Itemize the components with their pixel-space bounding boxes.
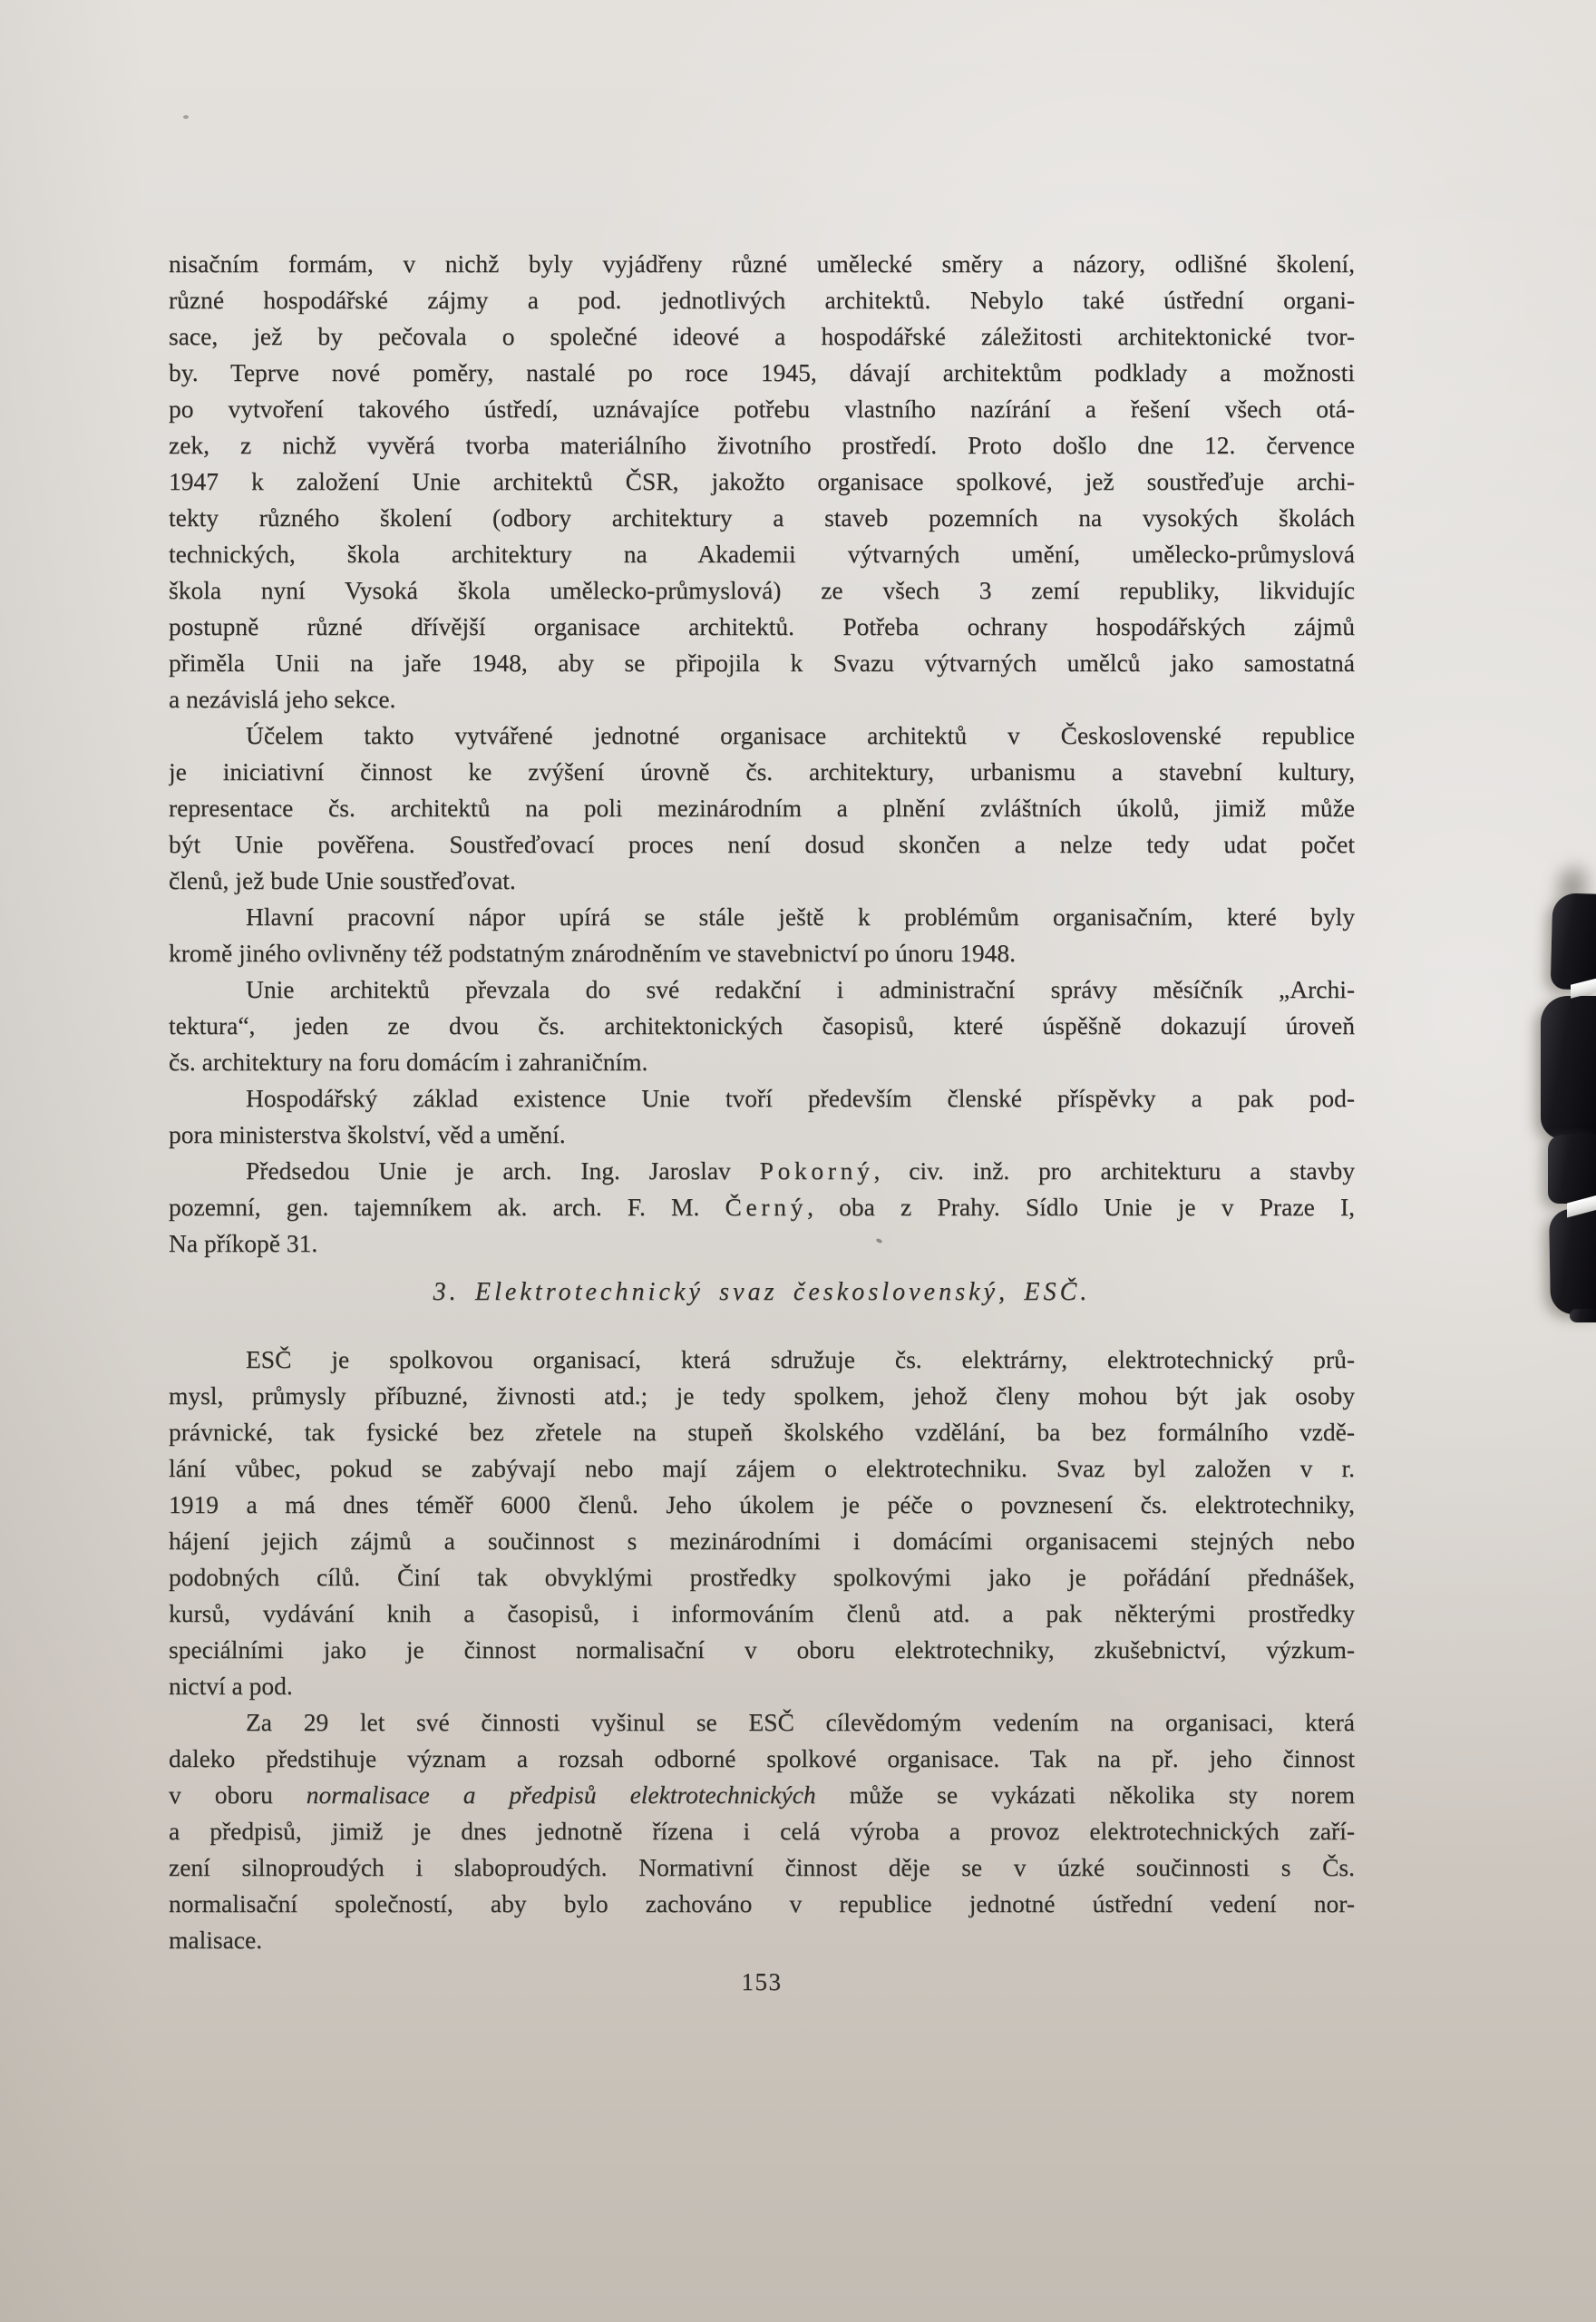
italic-phrase: normalisace a předpisů elektrotechnickýc… xyxy=(307,1781,816,1809)
text-line: po vytvoření takového ústředí, uznávajíc… xyxy=(169,391,1355,427)
text-line: přiměla Unii na jaře 1948, aby se připoj… xyxy=(169,645,1355,681)
text-run: pozemní, gen. tajemníkem ak. arch. F. M. xyxy=(169,1193,725,1221)
text-line: normalisační společností, aby bylo zacho… xyxy=(169,1886,1355,1922)
text-line: sace, jež by pečovala o společné ideové … xyxy=(169,318,1355,355)
text-line: malisace. xyxy=(169,1922,1355,1958)
text-run: , oba z Prahy. Sídlo Unie je v Praze I, xyxy=(807,1193,1355,1221)
text-line: čs. architektury na foru domácím i zahra… xyxy=(169,1044,1355,1080)
text-line: hájení jejich zájmů a součinnost s mezin… xyxy=(169,1523,1355,1559)
text-line: pora ministerstva školství, věd a umění. xyxy=(169,1117,1355,1153)
binding-coil-segment xyxy=(1541,996,1596,1139)
text-line: Unie architektů převzala do své redakční… xyxy=(169,971,1355,1008)
text-line: tektura“, jeden ze dvou čs. architektoni… xyxy=(169,1008,1355,1044)
text-line: Hlavní pracovní nápor upírá se stále ješ… xyxy=(169,899,1355,935)
binding-coil-segment xyxy=(1549,1209,1596,1315)
text-line: členů, jež bude Unie soustřeďovat. xyxy=(169,863,1355,899)
text-line: a předpisů, jimiž je dnes jednotně řízen… xyxy=(169,1813,1355,1849)
text-line: representace čs. architektů na poli mezi… xyxy=(169,790,1355,826)
text-line: škola nyní Vysoká škola umělecko-průmysl… xyxy=(169,572,1355,609)
text-run: může se vykázati několika sty norem xyxy=(816,1781,1355,1809)
text-line: Na příkopě 31. xyxy=(169,1225,1355,1262)
text-line: zek, z nichž vyvěrá tvorba materiálního … xyxy=(169,427,1355,463)
text-line: 1947 k založení Unie architektů ČSR, jak… xyxy=(169,463,1355,500)
page-number: 153 xyxy=(169,1968,1355,1996)
text-line: kromě jiného ovlivněny též podstatným zn… xyxy=(169,935,1355,971)
text-line: nictví a pod. xyxy=(169,1668,1355,1704)
text-line: tekty různého školení (odbory architektu… xyxy=(169,500,1355,536)
text-line: kursů, vydávání knih a časopisů, i infor… xyxy=(169,1595,1355,1632)
text-line: Hospodářský základ existence Unie tvoří … xyxy=(169,1080,1355,1117)
text-line: lání vůbec, pokud se zabývají nebo mají … xyxy=(169,1450,1355,1487)
text-line: zení silnoproudých i slaboproudých. Norm… xyxy=(169,1849,1355,1886)
text-run: v oboru xyxy=(169,1781,307,1809)
text-line: Předsedou Unie je arch. Ing. Jaroslav Po… xyxy=(169,1153,1355,1189)
book-page-photo: { "page": { "number": "153", "colors": {… xyxy=(0,0,1596,2322)
text-line: podobných cílů. Činí tak obvyklými prost… xyxy=(169,1559,1355,1595)
letterspaced-name: Černý xyxy=(725,1193,808,1221)
paper-speck xyxy=(183,115,189,119)
text-run: , civ. inž. pro architekturu a stavby xyxy=(874,1156,1355,1185)
text-line: nisačním formám, v nichž byly vyjádřeny … xyxy=(169,246,1355,282)
binding-coil-segment xyxy=(1570,1309,1596,1322)
text-line: různé hospodářské zájmy a pod. jednotliv… xyxy=(169,282,1355,318)
binding-coil-segment xyxy=(1548,1135,1596,1204)
text-line: Účelem takto vytvářené jednotné organisa… xyxy=(169,717,1355,754)
text-line: by. Teprve nové poměry, nastalé po roce … xyxy=(169,355,1355,391)
text-line: právnické, tak fysické bez zřetele na st… xyxy=(169,1414,1355,1450)
text-line: daleko předstihuje význam a rozsah odbor… xyxy=(169,1741,1355,1777)
letterspaced-name: Pokorný xyxy=(760,1156,874,1185)
text-line: speciálními jako je činnost normalisační… xyxy=(169,1632,1355,1668)
spiral-binding-clip xyxy=(1514,848,1596,1342)
text-line: ESČ je spolkovou organisací, která sdruž… xyxy=(169,1341,1355,1378)
binding-coil-segment xyxy=(1551,893,1596,990)
text-line: být Unie pověřena. Soustřeďovací proces … xyxy=(169,826,1355,863)
text-line: postupně různé dřívější organisace archi… xyxy=(169,609,1355,645)
text-line: pozemní, gen. tajemníkem ak. arch. F. M.… xyxy=(169,1189,1355,1225)
text-line: a nezávislá jeho sekce. xyxy=(169,681,1355,717)
text-line: v oboru normalisace a předpisů elektrote… xyxy=(169,1777,1355,1813)
text-line: 1919 a má dnes téměř 6000 členů. Jeho úk… xyxy=(169,1487,1355,1523)
text-line: je iniciativní činnost ke zvýšení úrovně… xyxy=(169,754,1355,790)
text-line: technických, škola architektury na Akade… xyxy=(169,536,1355,572)
text-line: mysl, průmysly příbuzné, živnosti atd.; … xyxy=(169,1378,1355,1414)
text-run: Předsedou Unie je arch. Ing. Jaroslav xyxy=(246,1156,760,1185)
text-block: nisačním formám, v nichž byly vyjádřeny … xyxy=(169,246,1355,1958)
section-heading: 3. Elektrotechnický svaz československý,… xyxy=(169,1274,1355,1311)
text-line: Za 29 let své činnosti vyšinul se ESČ cí… xyxy=(169,1704,1355,1741)
